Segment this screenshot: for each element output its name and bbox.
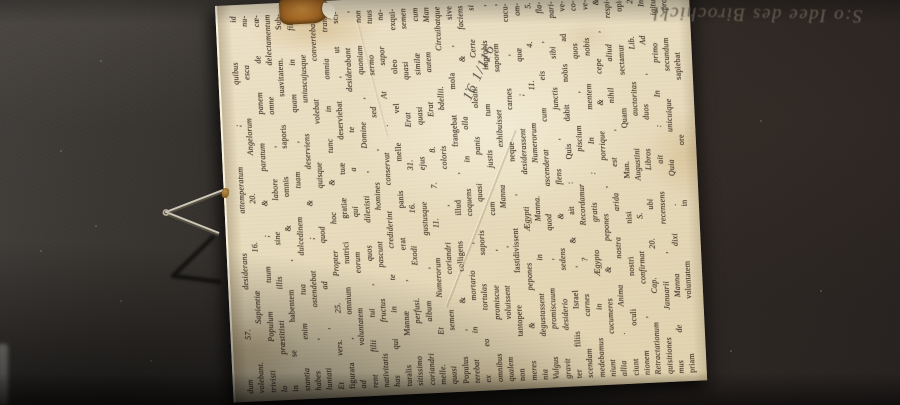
corner-light-sliver [0, 344, 8, 405]
wire-hanger [152, 176, 236, 292]
dust-speck [100, 60, 102, 62]
dust-speck [730, 350, 732, 352]
printed-text: dum 57. desiderans attemperatum ; quibus… [228, 0, 701, 394]
dust-speck [150, 360, 152, 362]
dust-speck [760, 120, 762, 122]
dust-speck [60, 150, 62, 152]
dust-speck [120, 300, 122, 302]
dust-speck [95, 225, 97, 227]
document-page: dum 57. desiderans attemperatum ; quibus… [215, 0, 707, 403]
dust-speck [820, 290, 822, 292]
handwritten-inscription: S:o Idee des Birochickl [577, 0, 862, 26]
dust-speck [40, 250, 42, 252]
photo-of-mounted-page: dum 57. desiderans attemperatum ; quibus… [0, 0, 900, 405]
